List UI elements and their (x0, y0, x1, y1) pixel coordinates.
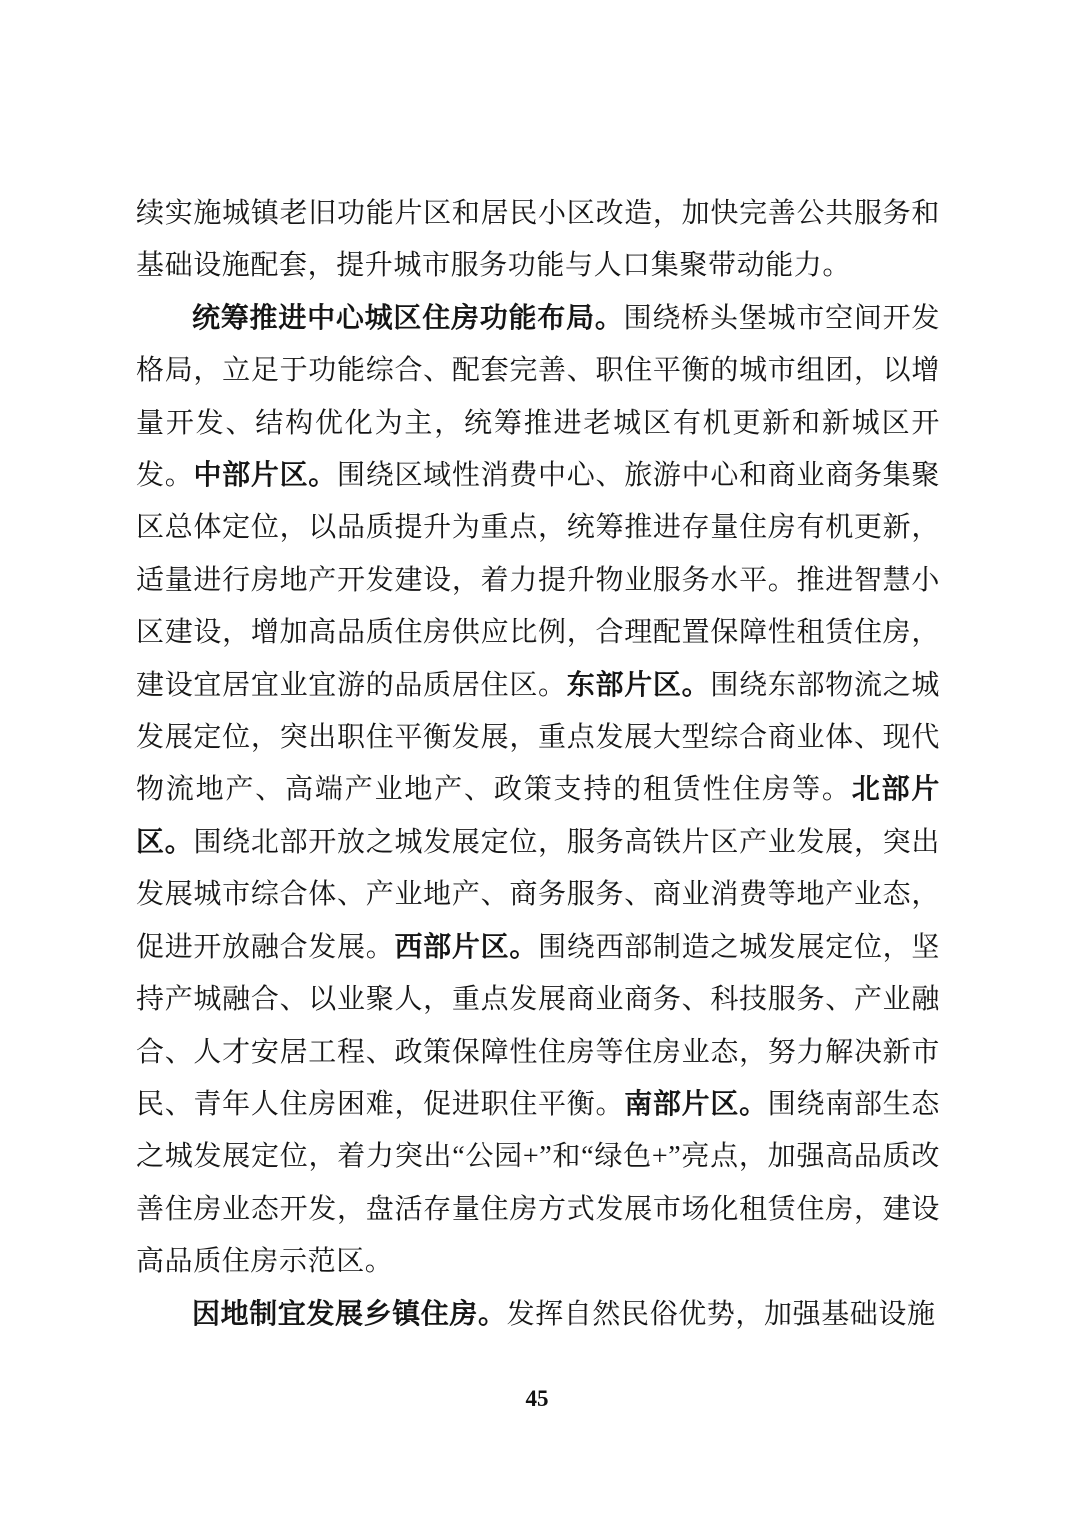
bold-heading-segment: 因地制宜发展乡镇住房。 (192, 1299, 507, 1330)
bold-heading-segment: 东部片区。 (567, 670, 711, 701)
bold-heading-segment: 中部片区。 (193, 460, 337, 491)
page-number: 45 (0, 1386, 1074, 1412)
bold-heading-segment: 南部片区。 (624, 1089, 768, 1120)
bold-heading-segment: 西部片区。 (394, 932, 538, 963)
paragraph: 统筹推进中心城区住房功能布局。围绕桥头堡城市空间开发格局，立足于功能综合、配套完… (136, 293, 940, 1289)
paragraph: 因地制宜发展乡镇住房。发挥自然民俗优势，加强基础设施 (136, 1289, 940, 1341)
text-segment: 发挥自然民俗优势，加强基础设施 (507, 1299, 936, 1330)
bold-heading-segment: 统筹推进中心城区住房功能布局。 (192, 303, 624, 334)
text-segment: 围绕区域性消费中心、旅游中心和商业商务集聚区总体定位，以品质提升为重点，统筹推进… (136, 460, 940, 701)
text-segment: 续实施城镇老旧功能片区和居民小区改造，加快完善公共服务和基础设施配套，提升城市服… (136, 198, 940, 281)
document-body: 续实施城镇老旧功能片区和居民小区改造，加快完善公共服务和基础设施配套，提升城市服… (136, 188, 940, 1341)
document-page: 续实施城镇老旧功能片区和居民小区改造，加快完善公共服务和基础设施配套，提升城市服… (0, 0, 1074, 1519)
paragraph: 续实施城镇老旧功能片区和居民小区改造，加快完善公共服务和基础设施配套，提升城市服… (136, 188, 940, 293)
